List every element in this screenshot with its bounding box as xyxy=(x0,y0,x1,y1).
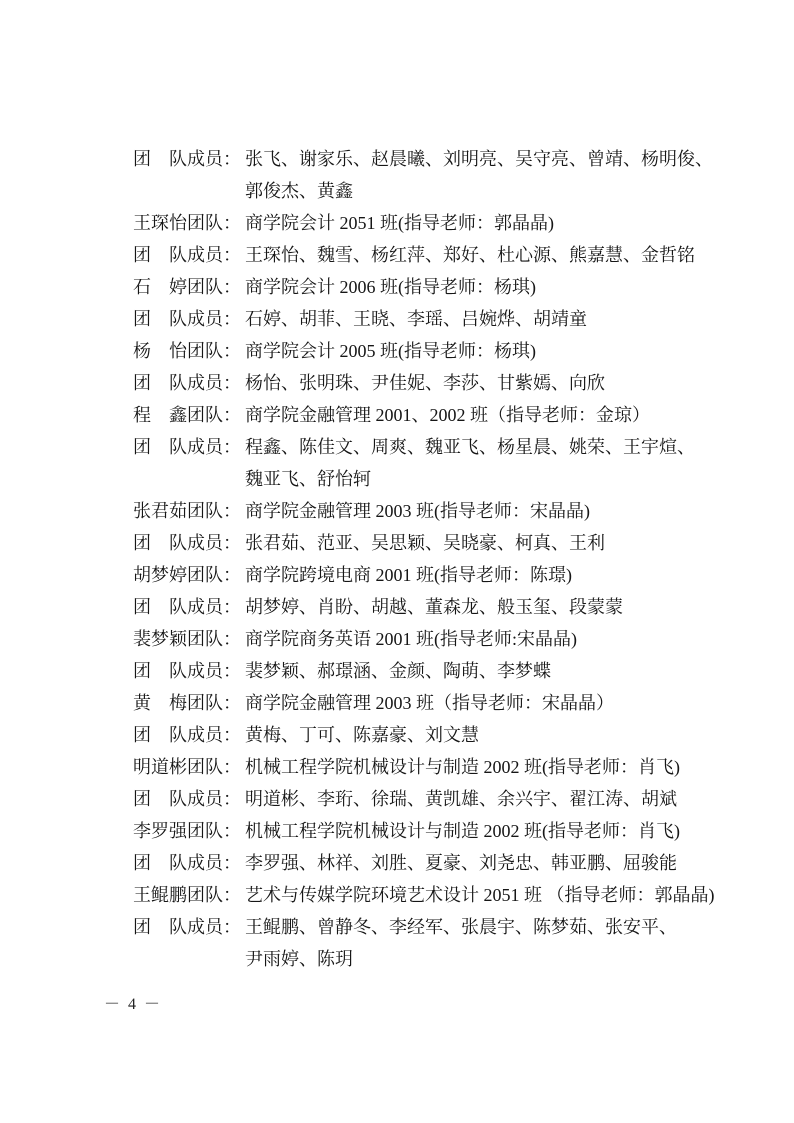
entry-line: 尹雨婷、陈玥 xyxy=(245,943,733,975)
entry-content: 张飞、谢家乐、赵晨曦、刘明亮、吴守亮、曾靖、杨明俊、郭俊杰、黄鑫 xyxy=(245,143,733,207)
entry-label: 团 队成员： xyxy=(133,367,245,399)
entry-label: 裴梦颖团队： xyxy=(133,623,245,655)
list-item: 团 队成员： 李罗强、林祥、刘胜、夏豪、刘尧忠、韩亚鹏、屈骏能 xyxy=(133,847,733,879)
entry-label: 团 队成员： xyxy=(133,655,245,687)
entry-content: 机械工程学院机械设计与制造 2002 班(指导老师：肖飞) xyxy=(245,751,733,783)
entry-label: 团 队成员： xyxy=(133,911,245,943)
list-item: 石 婷团队： 商学院会计 2006 班(指导老师：杨琪) xyxy=(133,271,733,303)
entry-content: 张君茹、范亚、吴思颖、吴晓豪、柯真、王利 xyxy=(245,527,733,559)
entry-label: 团 队成员： xyxy=(133,591,245,623)
entry-line: 李罗强、林祥、刘胜、夏豪、刘尧忠、韩亚鹏、屈骏能 xyxy=(245,847,733,879)
entry-line: 石婷、胡菲、王晓、李瑶、吕婉烨、胡靖童 xyxy=(245,303,733,335)
entry-label: 团 队成员： xyxy=(133,143,245,175)
list-item: 团 队成员： 黄梅、丁可、陈嘉豪、刘文慧 xyxy=(133,719,733,751)
list-item: 明道彬团队： 机械工程学院机械设计与制造 2002 班(指导老师：肖飞) xyxy=(133,751,733,783)
entry-label: 李罗强团队： xyxy=(133,815,245,847)
entry-content: 杨怡、张明珠、尹佳妮、李莎、甘紫嫣、向欣 xyxy=(245,367,733,399)
entry-content: 商学院金融管理 2003 班(指导老师：宋晶晶) xyxy=(245,495,733,527)
entry-content: 黄梅、丁可、陈嘉豪、刘文慧 xyxy=(245,719,733,751)
entry-line: 明道彬、李珩、徐瑞、黄凯雄、余兴宇、翟江涛、胡斌 xyxy=(245,783,733,815)
entry-content: 商学院会计 2051 班(指导老师：郭晶晶) xyxy=(245,207,733,239)
entry-line: 王琛怡、魏雪、杨红萍、郑好、杜心源、熊嘉慧、金哲铭 xyxy=(245,239,733,271)
entry-label: 程 鑫团队： xyxy=(133,399,245,431)
list-item: 团 队成员： 杨怡、张明珠、尹佳妮、李莎、甘紫嫣、向欣 xyxy=(133,367,733,399)
entry-line: 胡梦婷、肖盼、胡越、董森龙、般玉玺、段蒙蒙 xyxy=(245,591,733,623)
entry-content: 商学院金融管理 2001、2002 班（指导老师：金琼） xyxy=(245,399,733,431)
entry-label: 明道彬团队： xyxy=(133,751,245,783)
entry-line: 商学院会计 2051 班(指导老师：郭晶晶) xyxy=(245,207,733,239)
list-item: 团 队成员： 石婷、胡菲、王晓、李瑶、吕婉烨、胡靖童 xyxy=(133,303,733,335)
entry-content: 机械工程学院机械设计与制造 2002 班(指导老师：肖飞) xyxy=(245,815,733,847)
list-item: 团 队成员： 程鑫、陈佳文、周爽、魏亚飞、杨星晨、姚荣、王宇煊、魏亚飞、舒怡轲 xyxy=(133,431,733,495)
entry-line: 机械工程学院机械设计与制造 2002 班(指导老师：肖飞) xyxy=(245,751,733,783)
entry-label: 王鲲鹏团队： xyxy=(133,879,245,911)
list-item: 胡梦婷团队： 商学院跨境电商 2001 班(指导老师：陈璟) xyxy=(133,559,733,591)
entry-label: 张君茹团队： xyxy=(133,495,245,527)
entry-line: 机械工程学院机械设计与制造 2002 班(指导老师：肖飞) xyxy=(245,815,733,847)
document-page: 团 队成员： 张飞、谢家乐、赵晨曦、刘明亮、吴守亮、曾靖、杨明俊、郭俊杰、黄鑫 … xyxy=(0,0,794,1123)
list-item: 张君茹团队： 商学院金融管理 2003 班(指导老师：宋晶晶) xyxy=(133,495,733,527)
entry-label: 胡梦婷团队： xyxy=(133,559,245,591)
entry-line: 商学院跨境电商 2001 班(指导老师：陈璟) xyxy=(245,559,733,591)
entry-content: 李罗强、林祥、刘胜、夏豪、刘尧忠、韩亚鹏、屈骏能 xyxy=(245,847,733,879)
entry-line: 程鑫、陈佳文、周爽、魏亚飞、杨星晨、姚荣、王宇煊、 xyxy=(245,431,733,463)
entry-line: 商学院会计 2006 班(指导老师：杨琪) xyxy=(245,271,733,303)
entry-line: 商学院金融管理 2001、2002 班（指导老师：金琼） xyxy=(245,399,733,431)
entry-content: 王鲲鹏、曾静冬、李经军、张晨宇、陈梦茹、张安平、尹雨婷、陈玥 xyxy=(245,911,733,975)
entry-line: 商学院商务英语 2001 班(指导老师:宋晶晶) xyxy=(245,623,733,655)
entry-label: 杨 怡团队： xyxy=(133,335,245,367)
entry-content: 艺术与传媒学院环境艺术设计 2051 班 （指导老师：郭晶晶) xyxy=(245,879,733,911)
entry-label: 团 队成员： xyxy=(133,719,245,751)
entry-label: 黄 梅团队： xyxy=(133,687,245,719)
entry-content: 明道彬、李珩、徐瑞、黄凯雄、余兴宇、翟江涛、胡斌 xyxy=(245,783,733,815)
entry-content: 商学院会计 2006 班(指导老师：杨琪) xyxy=(245,271,733,303)
entry-label: 团 队成员： xyxy=(133,431,245,463)
entry-label: 团 队成员： xyxy=(133,303,245,335)
list-item: 裴梦颖团队： 商学院商务英语 2001 班(指导老师:宋晶晶) xyxy=(133,623,733,655)
list-item: 王鲲鹏团队： 艺术与传媒学院环境艺术设计 2051 班 （指导老师：郭晶晶) xyxy=(133,879,733,911)
entry-label: 团 队成员： xyxy=(133,239,245,271)
entry-label: 团 队成员： xyxy=(133,783,245,815)
page-number: － 4 － xyxy=(104,995,162,1015)
entry-label: 石 婷团队： xyxy=(133,271,245,303)
list-item: 李罗强团队： 机械工程学院机械设计与制造 2002 班(指导老师：肖飞) xyxy=(133,815,733,847)
entry-content: 裴梦颖、郝璟涵、金颜、陶萌、李梦蝶 xyxy=(245,655,733,687)
entry-label: 团 队成员： xyxy=(133,527,245,559)
team-list: 团 队成员： 张飞、谢家乐、赵晨曦、刘明亮、吴守亮、曾靖、杨明俊、郭俊杰、黄鑫 … xyxy=(133,143,733,975)
entry-line: 商学院会计 2005 班(指导老师：杨琪) xyxy=(245,335,733,367)
entry-content: 石婷、胡菲、王晓、李瑶、吕婉烨、胡靖童 xyxy=(245,303,733,335)
list-item: 团 队成员： 裴梦颖、郝璟涵、金颜、陶萌、李梦蝶 xyxy=(133,655,733,687)
entry-line: 商学院金融管理 2003 班（指导老师：宋晶晶） xyxy=(245,687,733,719)
entry-line: 张君茹、范亚、吴思颖、吴晓豪、柯真、王利 xyxy=(245,527,733,559)
entry-line: 魏亚飞、舒怡轲 xyxy=(245,463,733,495)
list-item: 团 队成员： 胡梦婷、肖盼、胡越、董森龙、般玉玺、段蒙蒙 xyxy=(133,591,733,623)
entry-label: 团 队成员： xyxy=(133,847,245,879)
list-item: 团 队成员： 张君茹、范亚、吴思颖、吴晓豪、柯真、王利 xyxy=(133,527,733,559)
list-item: 团 队成员： 张飞、谢家乐、赵晨曦、刘明亮、吴守亮、曾靖、杨明俊、郭俊杰、黄鑫 xyxy=(133,143,733,207)
entry-content: 商学院商务英语 2001 班(指导老师:宋晶晶) xyxy=(245,623,733,655)
list-item: 黄 梅团队： 商学院金融管理 2003 班（指导老师：宋晶晶） xyxy=(133,687,733,719)
entry-line: 郭俊杰、黄鑫 xyxy=(245,175,733,207)
entry-content: 商学院会计 2005 班(指导老师：杨琪) xyxy=(245,335,733,367)
entry-line: 张飞、谢家乐、赵晨曦、刘明亮、吴守亮、曾靖、杨明俊、 xyxy=(245,143,733,175)
entry-line: 裴梦颖、郝璟涵、金颜、陶萌、李梦蝶 xyxy=(245,655,733,687)
entry-line: 商学院金融管理 2003 班(指导老师：宋晶晶) xyxy=(245,495,733,527)
entry-content: 胡梦婷、肖盼、胡越、董森龙、般玉玺、段蒙蒙 xyxy=(245,591,733,623)
list-item: 杨 怡团队： 商学院会计 2005 班(指导老师：杨琪) xyxy=(133,335,733,367)
entry-content: 王琛怡、魏雪、杨红萍、郑好、杜心源、熊嘉慧、金哲铭 xyxy=(245,239,733,271)
list-item: 团 队成员： 明道彬、李珩、徐瑞、黄凯雄、余兴宇、翟江涛、胡斌 xyxy=(133,783,733,815)
list-item: 程 鑫团队： 商学院金融管理 2001、2002 班（指导老师：金琼） xyxy=(133,399,733,431)
entry-line: 杨怡、张明珠、尹佳妮、李莎、甘紫嫣、向欣 xyxy=(245,367,733,399)
list-item: 团 队成员： 王鲲鹏、曾静冬、李经军、张晨宇、陈梦茹、张安平、尹雨婷、陈玥 xyxy=(133,911,733,975)
entry-line: 王鲲鹏、曾静冬、李经军、张晨宇、陈梦茹、张安平、 xyxy=(245,911,733,943)
entry-line: 艺术与传媒学院环境艺术设计 2051 班 （指导老师：郭晶晶) xyxy=(245,879,733,911)
entry-content: 商学院金融管理 2003 班（指导老师：宋晶晶） xyxy=(245,687,733,719)
entry-label: 王琛怡团队： xyxy=(133,207,245,239)
list-item: 团 队成员： 王琛怡、魏雪、杨红萍、郑好、杜心源、熊嘉慧、金哲铭 xyxy=(133,239,733,271)
entry-content: 程鑫、陈佳文、周爽、魏亚飞、杨星晨、姚荣、王宇煊、魏亚飞、舒怡轲 xyxy=(245,431,733,495)
entry-content: 商学院跨境电商 2001 班(指导老师：陈璟) xyxy=(245,559,733,591)
list-item: 王琛怡团队： 商学院会计 2051 班(指导老师：郭晶晶) xyxy=(133,207,733,239)
entry-line: 黄梅、丁可、陈嘉豪、刘文慧 xyxy=(245,719,733,751)
